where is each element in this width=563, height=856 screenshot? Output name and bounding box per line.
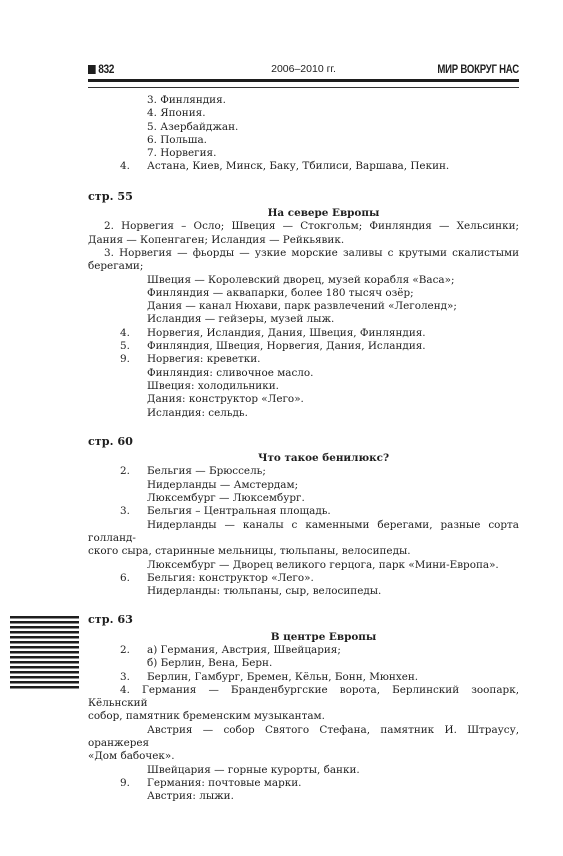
answer-line: 5. Азербайджан. <box>88 121 519 134</box>
header-rule-thick <box>88 79 519 82</box>
answer-line: Исландия — гейзеры, музей лыж. <box>88 313 519 326</box>
answer-line: 2.а) Германия, Австрия, Швейцария; <box>88 644 519 657</box>
section-title: Что такое бенилюкс? <box>88 452 519 465</box>
answer-line: 7. Норвегия. <box>88 147 519 160</box>
answer-line: Нидерланды: тюльпаны, сыр, велосипеды. <box>88 585 519 598</box>
header-brand: МИР ВОКРУГ НАС <box>437 62 519 76</box>
answer-line: 4.Норвегия, Исландия, Дания, Швеция, Фин… <box>88 327 519 340</box>
section-page-ref: стр. 63 <box>88 613 519 626</box>
answer-line: берегами; <box>88 260 519 273</box>
answer-line: Финляндия — аквапарки, более 180 тысяч о… <box>88 287 519 300</box>
thumb-index-stripes <box>10 616 79 691</box>
answer-line: 2. Норвегия – Осло; Швеция — Стокгольм; … <box>88 220 519 233</box>
answer-line: 6.Бельгия: конструктор «Лего». <box>88 572 519 585</box>
answer-line: Дания — Копенгаген; Исландия — Рейкьявик… <box>88 234 519 247</box>
answer-line: Австрия: лыжи. <box>88 790 519 803</box>
answer-line: ского сыра, старинные мельницы, тюльпаны… <box>88 545 519 558</box>
answer-line: 2.Бельгия — Брюссель; <box>88 465 519 478</box>
answer-line: 4. Япония. <box>88 107 519 120</box>
answer-line: Дания — канал Нюхави, парк развлечений «… <box>88 300 519 313</box>
answer-line: 3.Берлин, Гамбург, Бремен, Кёльн, Бонн, … <box>88 671 519 684</box>
answer-line: 3.Бельгия – Центральная площадь. <box>88 505 519 518</box>
answer-line: Исландия: сельдь. <box>88 407 519 420</box>
answer-line: Люксембург — Дворец великого герцога, па… <box>88 559 519 572</box>
answer-line: Австрия — собор Святого Стефана, памятни… <box>88 724 519 751</box>
answer-line: 6. Польша. <box>88 134 519 147</box>
answer-line: собор, памятник бременским музыкантам. <box>88 710 519 723</box>
answer-line: Швеция: холодильники. <box>88 380 519 393</box>
answer-line: Швеция — Королевский дворец, музей кораб… <box>88 274 519 287</box>
answer-line: 9.Германия: почтовые марки. <box>88 777 519 790</box>
section-title: На севере Европы <box>88 207 519 220</box>
answer-line: Нидерланды — Амстердам; <box>88 479 519 492</box>
answer-line: 3. Финляндия. <box>88 94 519 107</box>
page-content: 3. Финляндия. 4. Япония. 5. Азербайджан.… <box>88 94 519 804</box>
answer-line: Люксембург — Люксембург. <box>88 492 519 505</box>
answer-line: Финляндия: сливочное масло. <box>88 367 519 380</box>
answer-line: 3. Норвегия — фьорды — узкие морские зал… <box>88 247 519 260</box>
section-title: В центре Европы <box>88 631 519 644</box>
answer-line: 4.Астана, Киев, Минск, Баку, Тбилиси, Ва… <box>88 160 519 173</box>
answer-line: 4. Германия — Бранденбургские ворота, Бе… <box>88 684 519 711</box>
running-header: 832 2006–2010 гг. МИР ВОКРУГ НАС <box>88 60 519 90</box>
answer-line: 9.Норвегия: креветки. <box>88 353 519 366</box>
answer-line: Швейцария — горные курорты, банки. <box>88 764 519 777</box>
header-rule-thin <box>88 87 519 88</box>
section-page-ref: стр. 60 <box>88 435 519 448</box>
answer-line: Нидерланды — каналы с каменными берегами… <box>88 519 519 546</box>
answer-line: б) Берлин, Вена, Берн. <box>88 657 519 670</box>
answer-line: Дания: конструктор «Лего». <box>88 393 519 406</box>
answer-line: 5.Финляндия, Швеция, Норвегия, Дания, Ис… <box>88 340 519 353</box>
answer-line: «Дом бабочек». <box>88 750 519 763</box>
section-page-ref: стр. 55 <box>88 190 519 203</box>
